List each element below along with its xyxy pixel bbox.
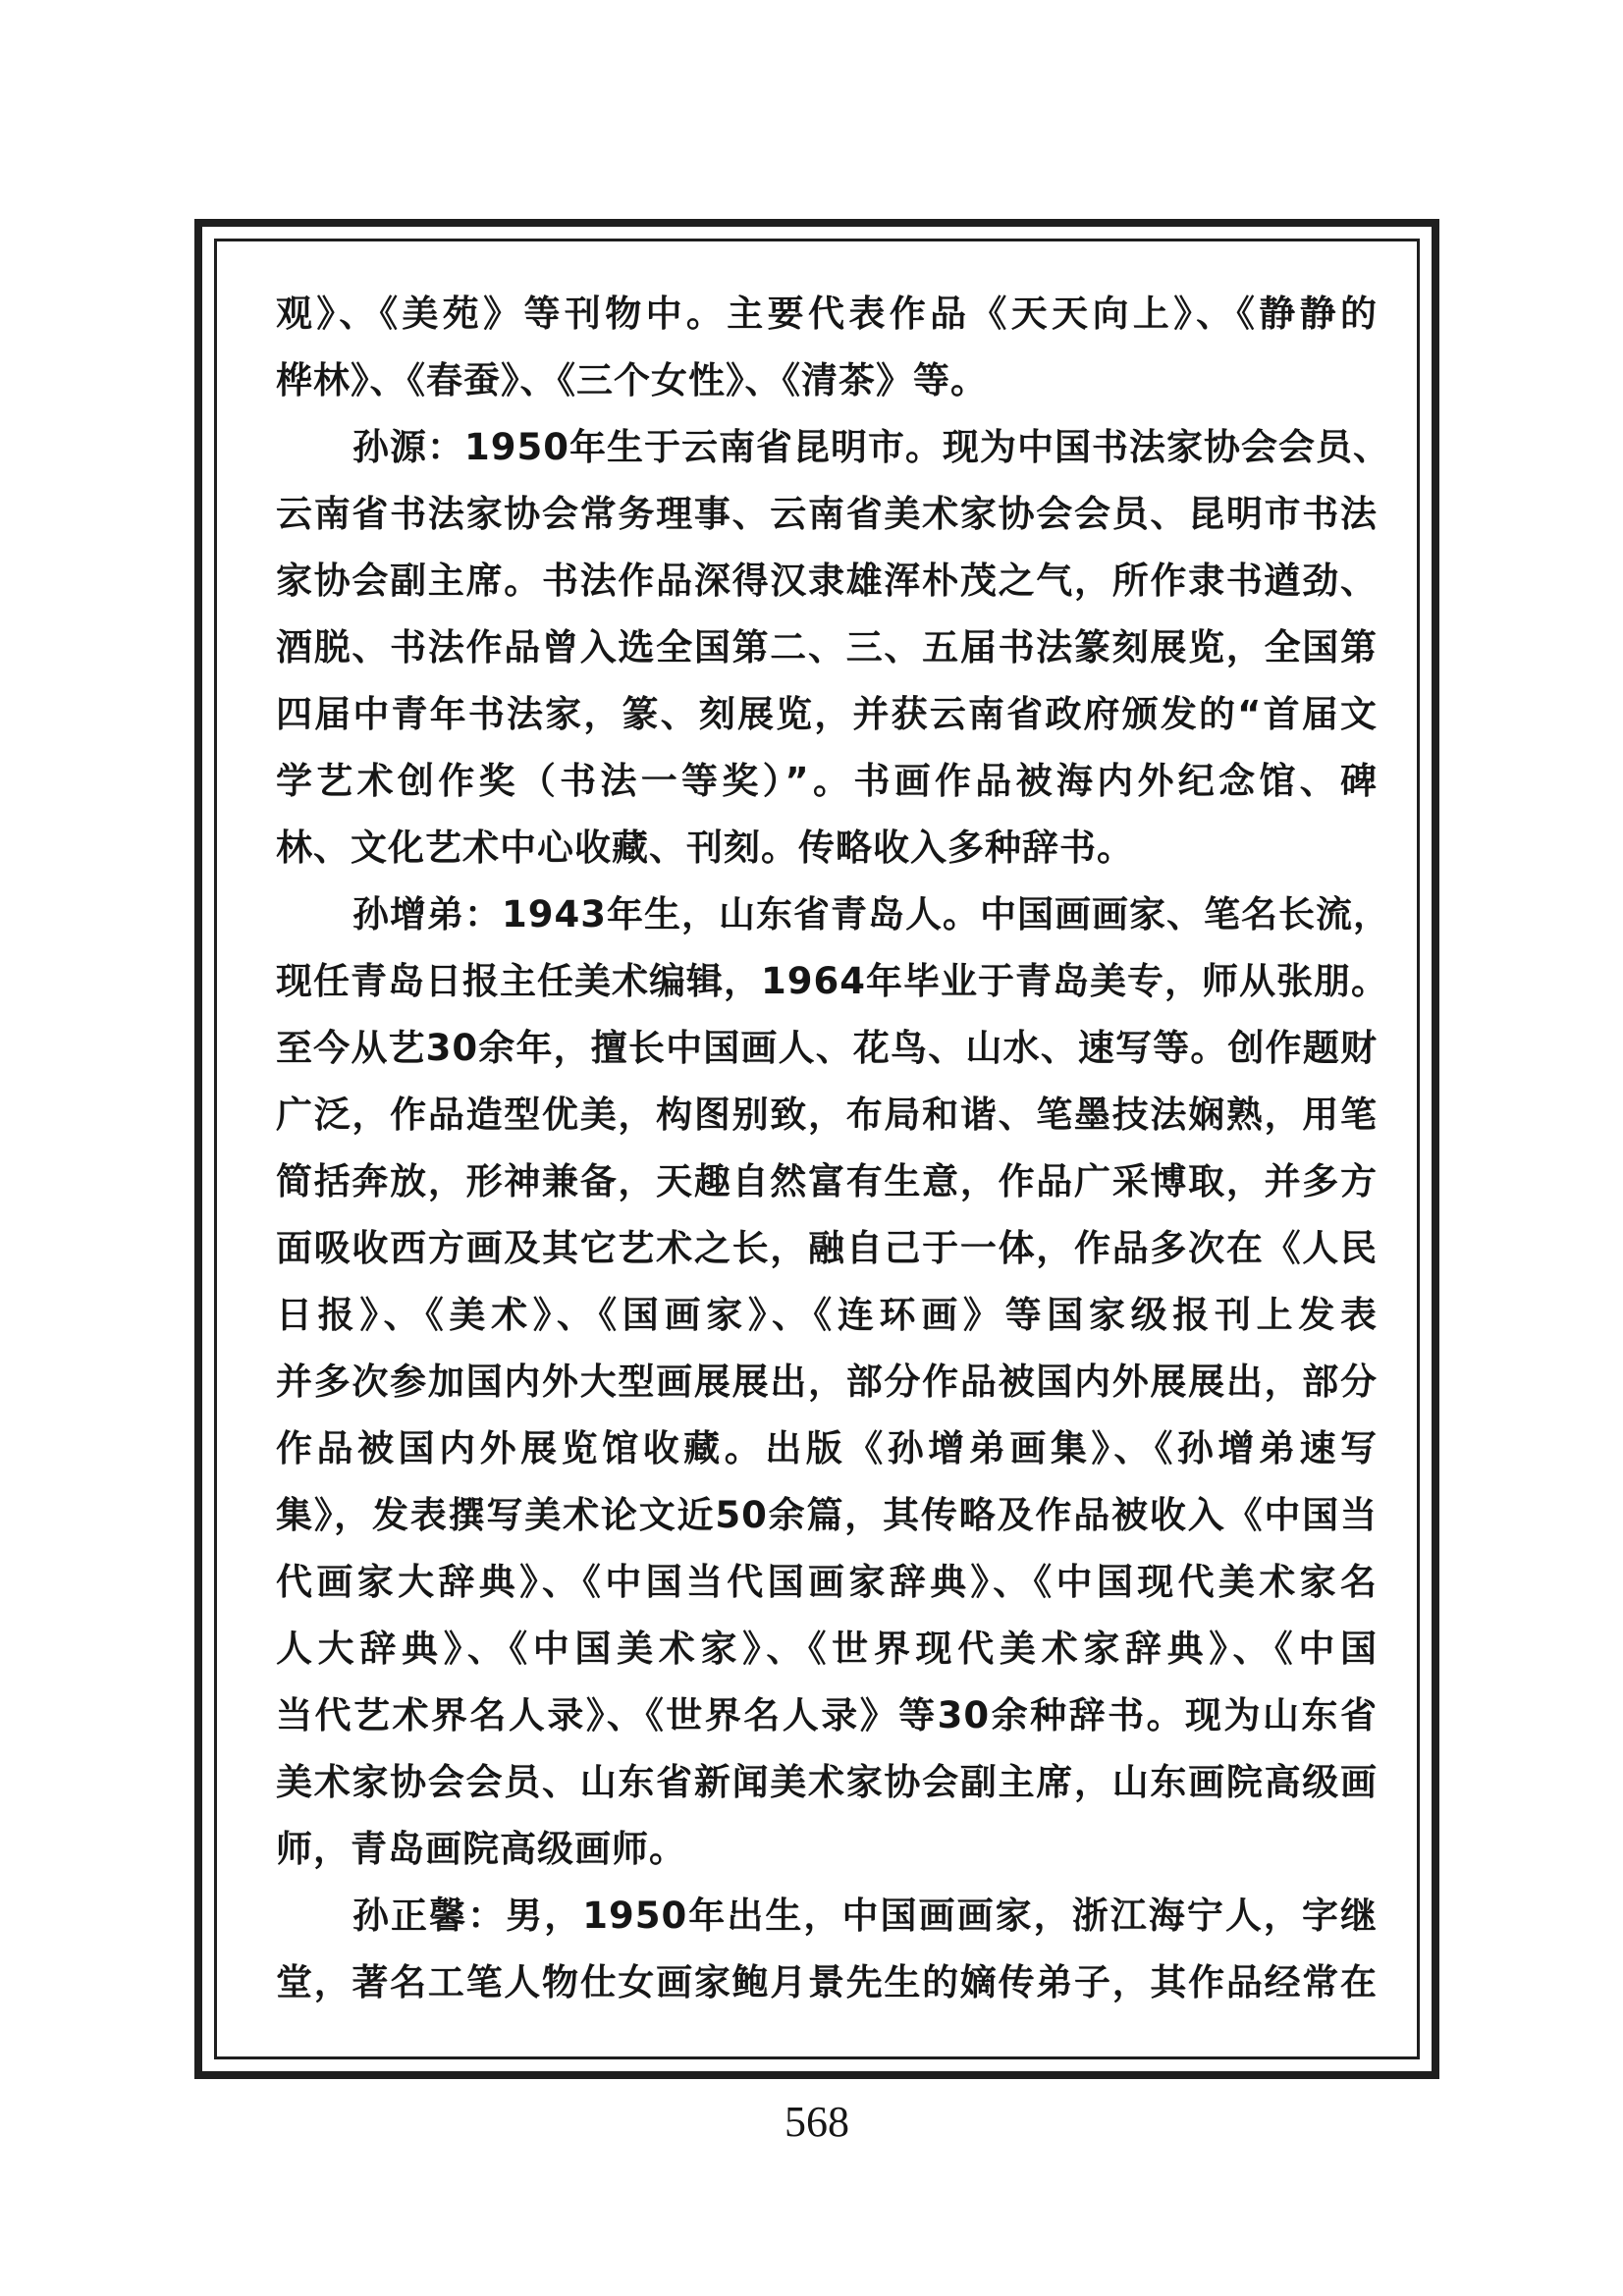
book-page: 观》、《美苑》等刊物中。主要代表作品《天天向上》、《静静的 桦林》、《春蚕》、《… <box>0 0 1623 2296</box>
text-line: 面吸收西方画及其它艺术之长，融自己于一体，作品多次在《人民 <box>276 1215 1378 1282</box>
text-line: 四届中青年书法家，篆、刻展览，并获云南省政府颁发的“首届文 <box>276 681 1378 748</box>
text-line: 美术家协会会员、山东省新闻美术家协会副主席，山东画院高级画 <box>276 1749 1378 1816</box>
text-line: 堂，著名工笔人物仕女画家鲍月景先生的嫡传弟子，其作品经常在 <box>276 1949 1378 2016</box>
text-line: 现任青岛日报主任美术编辑，1964年毕业于青岛美专，师从张朋。 <box>276 948 1378 1015</box>
text-line: 广泛，作品造型优美，构图别致，布局和谐、笔墨技法娴熟，用笔 <box>276 1082 1378 1148</box>
text-line: 观》、《美苑》等刊物中。主要代表作品《天天向上》、《静静的 <box>276 281 1378 347</box>
text-line: 集》，发表撰写美术论文近50余篇，其传略及作品被收入《中国当 <box>276 1482 1378 1549</box>
text-line: 简括奔放，形神兼备，天趣自然富有生意，作品广采博取，并多方 <box>276 1148 1378 1215</box>
text-line: 桦林》、《春蚕》、《三个女性》、《清茶》等。 <box>276 347 1378 414</box>
text-line: 家协会副主席。书法作品深得汉隶雄浑朴茂之气，所作隶书遒劲、 <box>276 548 1378 614</box>
entry-sun-zhengxin-line: 孙正馨：男，1950年出生，中国画画家，浙江海宁人，字继 <box>276 1883 1378 1949</box>
text-line: 林、文化艺术中心收藏、刊刻。传略收入多种辞书。 <box>276 815 1378 881</box>
text-line: 人大辞典》、《中国美术家》、《世界现代美术家辞典》、《中国 <box>276 1616 1378 1682</box>
text-line: 至今从艺30余年，擅长中国画人、花鸟、山水、速写等。创作题财 <box>276 1015 1378 1082</box>
text-line: 日报》、《美术》、《国画家》、《连环画》等国家级报刊上发表 <box>276 1282 1378 1349</box>
text-line: 当代艺术界名人录》、《世界名人录》等30余种辞书。现为山东省 <box>276 1682 1378 1749</box>
text-line: 并多次参加国内外大型画展展出，部分作品被国内外展展出，部分 <box>276 1349 1378 1415</box>
text-line: 师，青岛画院高级画师。 <box>276 1816 1378 1883</box>
text-line: 作品被国内外展览馆收藏。出版《孙增弟画集》、《孙增弟速写 <box>276 1415 1378 1482</box>
text-line: 学艺术创作奖（书法一等奖）”。书画作品被海内外纪念馆、碑 <box>276 748 1378 815</box>
page-number: 568 <box>194 2097 1439 2147</box>
page-border-outer: 观》、《美苑》等刊物中。主要代表作品《天天向上》、《静静的 桦林》、《春蚕》、《… <box>194 219 1439 2079</box>
text-line: 代画家大辞典》、《中国当代国画家辞典》、《中国现代美术家名 <box>276 1549 1378 1616</box>
entry-sun-zengdi-line: 孙增弟：1943年生，山东省青岛人。中国画画家、笔名长流， <box>276 881 1378 948</box>
text-line: 酒脱、书法作品曾入选全国第二、三、五届书法篆刻展览，全国第 <box>276 614 1378 681</box>
entry-sun-yuan-line: 孙源：1950年生于云南省昆明市。现为中国书法家协会会员、 <box>276 414 1378 481</box>
text-line: 云南省书法家协会常务理事、云南省美术家协会会员、昆明市书法 <box>276 481 1378 548</box>
text-block: 观》、《美苑》等刊物中。主要代表作品《天天向上》、《静静的 桦林》、《春蚕》、《… <box>276 281 1378 2016</box>
page-border-inner: 观》、《美苑》等刊物中。主要代表作品《天天向上》、《静静的 桦林》、《春蚕》、《… <box>214 239 1420 2059</box>
